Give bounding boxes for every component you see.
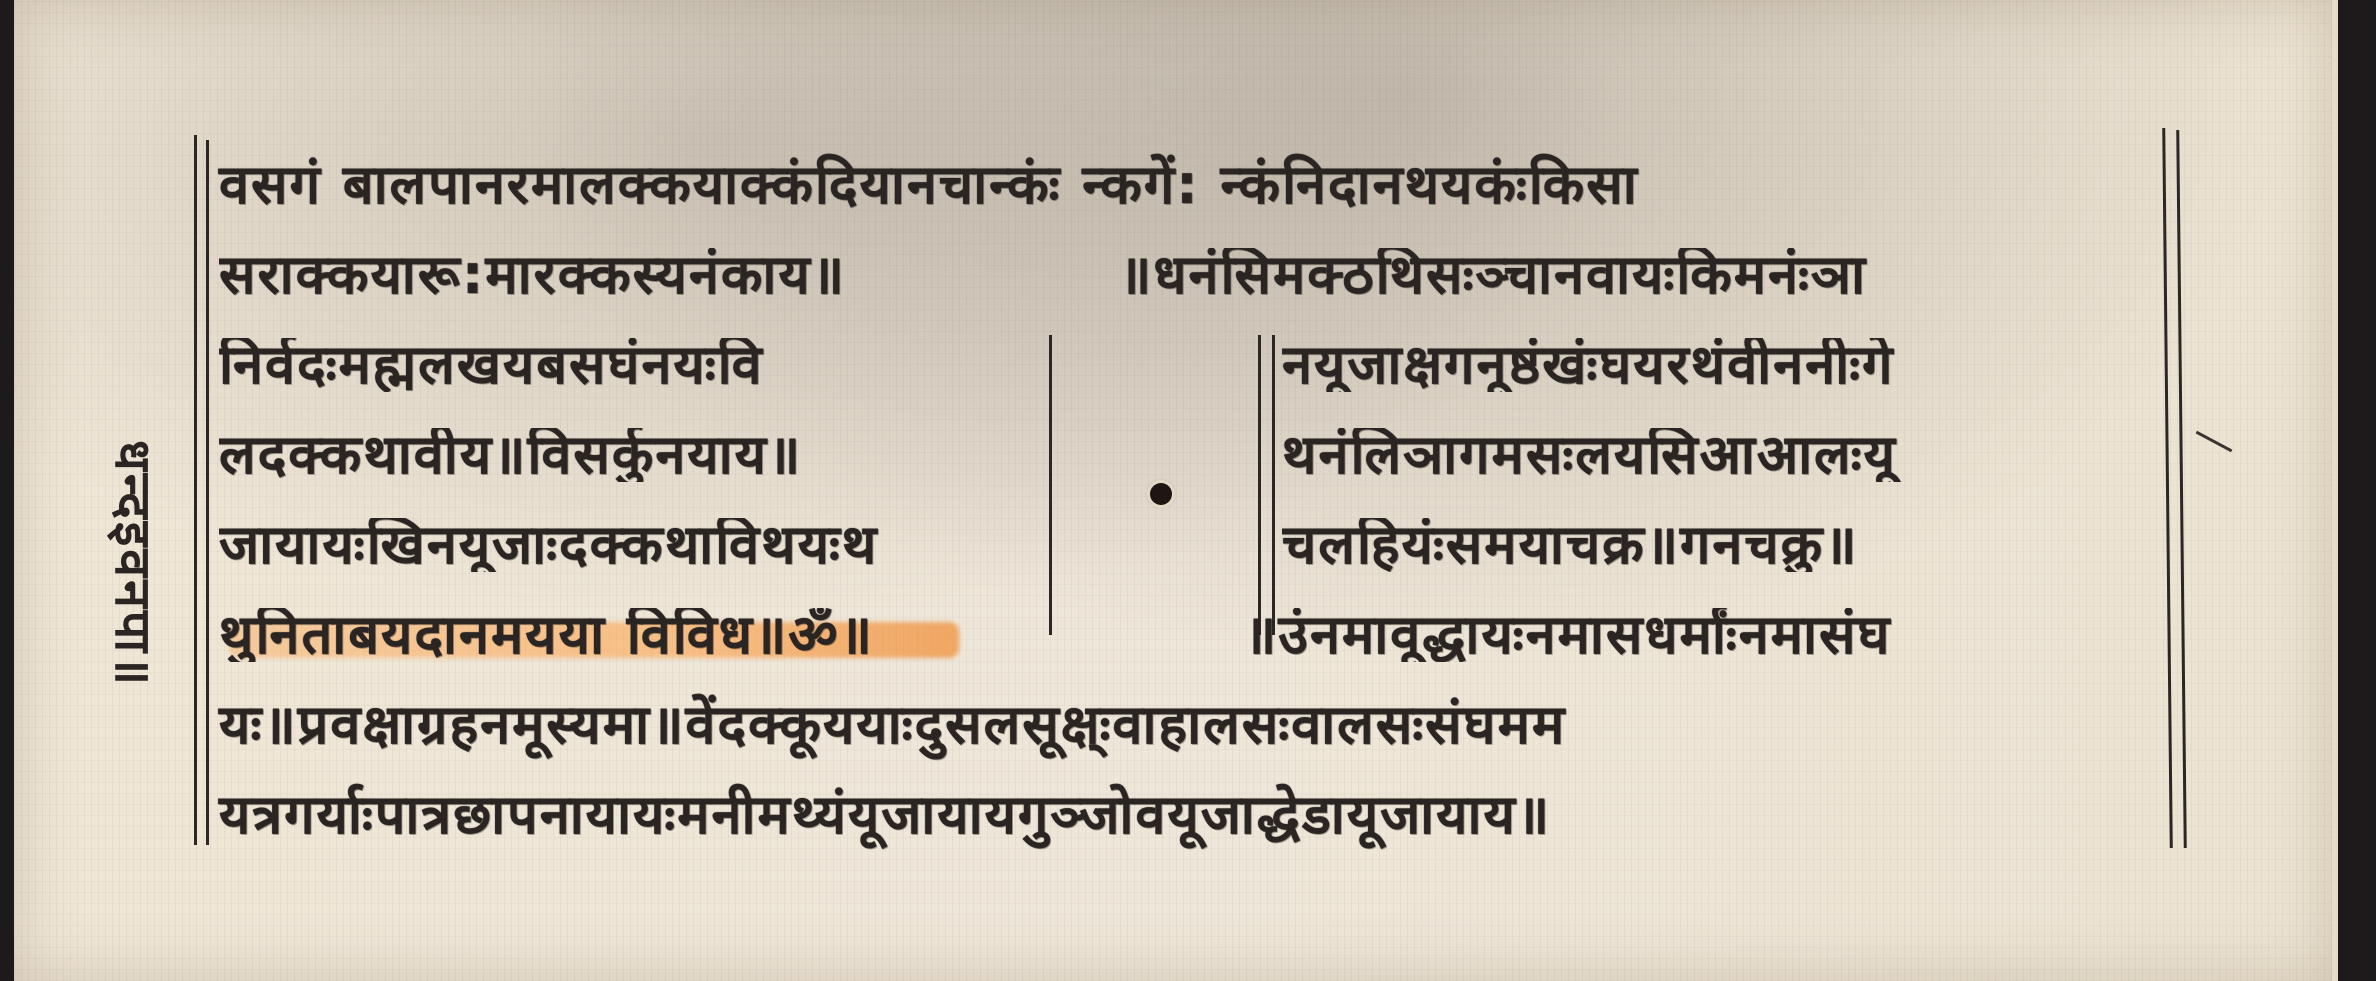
text-line-5-left: जायायःखिनयूजाःदक्कथाविथयःथ xyxy=(219,518,1049,572)
text-line-6-left: थुनिताबयदानमयया विविध॥ॐ॥ xyxy=(219,608,1159,662)
right-border-rule xyxy=(2162,128,2173,848)
text-line-2-left: सराक्कयारू:मारक्कस्यनंकाय॥ xyxy=(219,248,1049,302)
text-line-6-right: ॥उंनमावूद्धायःनमासधर्मांःनमासंघ xyxy=(1244,608,2124,662)
text-line-1: वसगं बालपानरमालक्कयाक्कंदियानचान्कंः न्क… xyxy=(219,158,2159,212)
center-right-rule xyxy=(1258,335,1261,635)
text-line-4-left: लदक्कथावीय॥विसर्कुनयाय॥ xyxy=(219,428,1049,482)
left-border-rule xyxy=(194,135,197,845)
left-border-rule-inner xyxy=(206,140,209,845)
text-line-7: यः॥प्रवक्षाग्रहनमूस्यमा॥वेंदक्कूययाःदुसल… xyxy=(219,698,2159,752)
manuscript-folio: धन्दइवनपा॥ वसगं बालपानरमालक्कयाक्कंदियान… xyxy=(14,0,2338,981)
stray-ink-stroke xyxy=(2196,431,2233,452)
text-line-4-right: थनंलिञागमसःलयसिआआलःयू xyxy=(1282,428,2162,482)
text-line-5-right: चलहियंःसमयाचक्र॥गनचक्रु॥ xyxy=(1282,518,2162,572)
text-line-3-left: निर्वदःमह्मलखयबसघंनयःवि xyxy=(219,338,1049,392)
margin-folio-label: धन्दइवनपा॥ xyxy=(101,440,169,688)
center-right-rule-inner xyxy=(1272,335,1275,635)
center-left-rule xyxy=(1049,335,1052,635)
text-line-8: यत्रगर्याःपात्रछापनायायःमनीमथ्यंयूजायायग… xyxy=(219,788,2159,842)
right-border-rule-inner xyxy=(2176,130,2187,848)
binding-hole xyxy=(1150,483,1172,505)
text-line-2-right: ॥धनंसिमक्ठथिसःञ्चानवायःकिमनंःञा xyxy=(1119,248,1999,302)
text-line-3-right: नयूजाक्षगनूष्ठंखंःघयरथंवीननीःगे xyxy=(1282,338,2162,392)
